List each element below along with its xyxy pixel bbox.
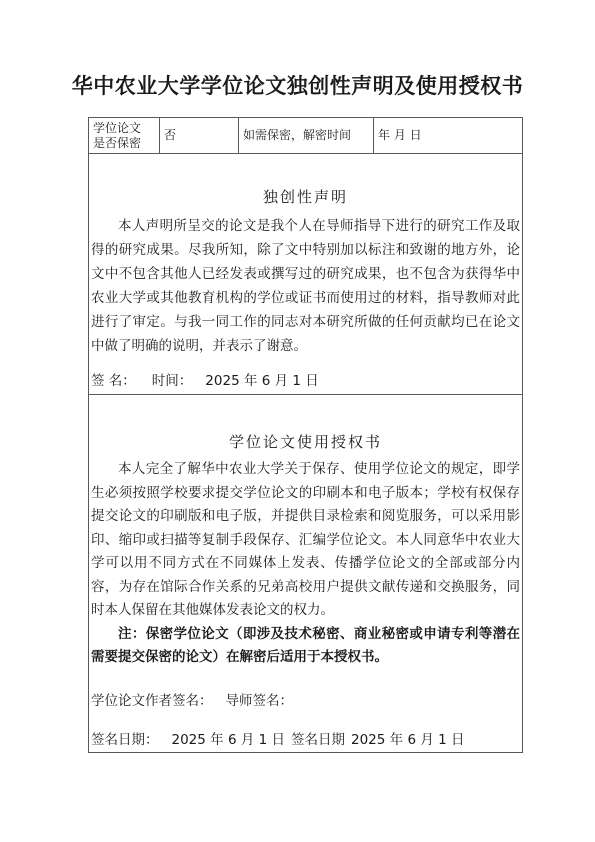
page-title: 华中农业大学学位论文独创性声明及使用授权书: [0, 70, 595, 100]
authorization-date-line: 签名日期：2025 年 6 月 1 日签名日期2025 年 6 月 1 日: [91, 728, 520, 752]
signature-time-label: 时间：: [152, 373, 193, 389]
secrecy-label-cell: 学位论文 是否保密: [89, 118, 160, 154]
declaration-signature-line: 签 名：时间：2025 年 6 月 1 日: [91, 369, 520, 393]
declaration-section-row: 独创性声明 本人声明所呈交的论文是我个人在导师指导下进行的研究工作及取得的研究成…: [89, 154, 523, 395]
declaration-section: 独创性声明 本人声明所呈交的论文是我个人在导师指导下进行的研究工作及取得的研究成…: [89, 154, 523, 395]
declaration-table: 学位论文 是否保密 否 如需保密，解密时间 年 月 日 独创性声明 本人声明所呈…: [88, 117, 523, 753]
authorization-body: 本人完全了解华中农业大学关于保存、使用学位论文的规定，即学生必须按照学校要求提交…: [91, 458, 520, 623]
secrecy-value-cell: 否: [160, 118, 239, 154]
author-sign-date-value: 2025 年 6 月 1 日: [172, 732, 286, 748]
declaration-heading: 独创性声明: [91, 186, 520, 207]
author-signature-label: 学位论文作者签名：: [91, 693, 213, 709]
supervisor-sign-date-value: 2025 年 6 月 1 日: [351, 732, 465, 748]
authorization-section: 学位论文使用授权书 本人完全了解华中农业大学关于保存、使用学位论文的规定，即学生…: [89, 395, 523, 753]
supervisor-signature-label: 导师签名：: [226, 693, 294, 709]
supervisor-sign-date-label: 签名日期: [291, 732, 345, 748]
authorization-note: 注：保密学位论文（即涉及技术秘密、商业秘密或申请专利等潜在需要提交保密的论文）在…: [91, 623, 520, 670]
signature-time-value: 2025 年 6 月 1 日: [205, 373, 319, 389]
signature-name-label: 签 名：: [91, 373, 136, 389]
secrecy-date-cell: 年 月 日: [374, 118, 523, 154]
secrecy-condition-cell: 如需保密，解密时间: [239, 118, 374, 154]
document-page: 华中农业大学学位论文独创性声明及使用授权书 学位论文 是否保密 否 如需保密，解…: [0, 0, 595, 842]
author-sign-date-label: 签名日期：: [91, 732, 159, 748]
authorization-signature-line: 学位论文作者签名：导师签名：: [91, 689, 520, 713]
secrecy-row: 学位论文 是否保密 否 如需保密，解密时间 年 月 日: [89, 118, 523, 154]
authorization-heading: 学位论文使用授权书: [91, 431, 520, 452]
authorization-section-row: 学位论文使用授权书 本人完全了解华中农业大学关于保存、使用学位论文的规定，即学生…: [89, 395, 523, 753]
declaration-body: 本人声明所呈交的论文是我个人在导师指导下进行的研究工作及取得的研究成果。尽我所知…: [91, 214, 520, 358]
